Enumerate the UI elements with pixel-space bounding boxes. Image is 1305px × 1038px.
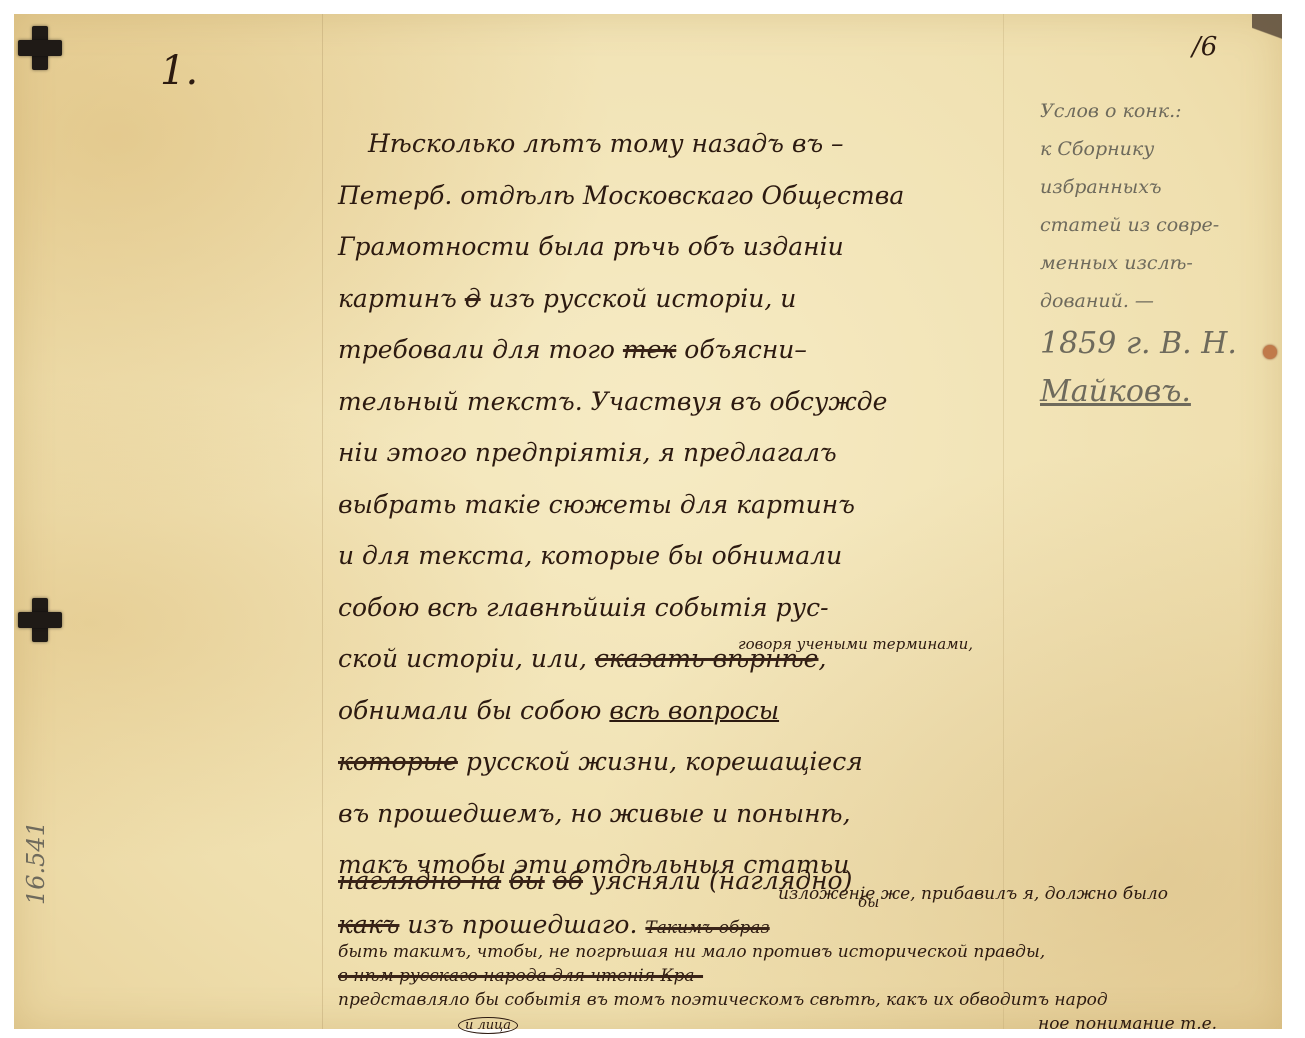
struck-line: в нѣм русскаго народа для чтенія Кра– bbox=[338, 966, 703, 986]
text-line: какъ изъ прошедшаго. Такимъ образ bbox=[338, 910, 770, 939]
line-text: Петерб. отдѣлѣ Московскаго Общества bbox=[338, 181, 904, 210]
line-text: русской жизни, корешащіеся bbox=[466, 747, 863, 776]
margin-rule bbox=[322, 14, 323, 1029]
line-text: Грамотности была рѣчь объ изданіи bbox=[338, 232, 844, 261]
text-line: представляло бы событія въ томъ поэтичес… bbox=[338, 990, 1108, 1010]
margin-note-date: 1859 г. В. Н. bbox=[1040, 320, 1280, 368]
margin-note-line: избранныхъ bbox=[1040, 168, 1280, 206]
text-line: обнимали бы собою всѣ вопросы bbox=[338, 685, 1038, 737]
margin-note-line: дований. — bbox=[1040, 282, 1280, 320]
circled-text: и лица bbox=[458, 1017, 518, 1034]
text-line: Нѣсколько лѣтъ тому назадъ въ – bbox=[338, 118, 1038, 170]
text-line: тельный текстъ. Участвуя въ обсужде bbox=[338, 376, 1038, 428]
binding-cross-icon bbox=[18, 26, 62, 70]
underlined-text: всѣ вопросы bbox=[609, 696, 779, 725]
text-line: Петерб. отдѣлѣ Московскаго Общества bbox=[338, 170, 1038, 222]
struck-text: в нѣм русскаго народа для чтенія Кра– bbox=[338, 966, 703, 986]
archive-number: 16.541 bbox=[22, 821, 50, 905]
interlinear-insert: говоря учеными терминами, bbox=[738, 619, 973, 671]
interlinear-insert: изложеніе же, прибавилъ я, должно было bbox=[778, 884, 1168, 904]
line-text: требовали для того bbox=[338, 335, 615, 364]
binding-cross-icon bbox=[18, 598, 62, 642]
page-number: 1. bbox=[160, 48, 198, 94]
folio-number: /6 bbox=[1192, 32, 1217, 62]
line-text: изъ русской исторіи, и bbox=[489, 284, 797, 313]
struck-text: Такимъ образ bbox=[645, 918, 769, 938]
line-text: выбрать такіе сюжеты для картинъ bbox=[338, 490, 855, 519]
text-line: картинъ д изъ русской исторіи, и bbox=[338, 273, 1038, 325]
text-line: выбрать такіе сюжеты для картинъ bbox=[338, 479, 1038, 531]
stamp-dot bbox=[1263, 345, 1277, 359]
text-line: требовали для того тек объясни– bbox=[338, 324, 1038, 376]
struck-text: об bbox=[553, 866, 583, 895]
margin-note-line: к Сборнику bbox=[1040, 130, 1280, 168]
line-text: ніи этого предпріятія, я предлагалъ bbox=[338, 438, 837, 467]
struck-text: д bbox=[465, 284, 481, 313]
struck-text: бы bbox=[509, 866, 545, 895]
line-text: обнимали бы собою bbox=[338, 696, 601, 725]
margin-note: Услов о конк.: к Сборнику избранныхъ ста… bbox=[1040, 92, 1280, 416]
text-line: и для текста, которые бы обнимали bbox=[338, 530, 1038, 582]
circled-insert: и лица bbox=[458, 1014, 518, 1033]
line-text: изъ прошедшаго. bbox=[407, 910, 637, 939]
main-text: Нѣсколько лѣтъ тому назадъ въ – Петерб. … bbox=[338, 118, 1038, 891]
line-text: въ прошедшемъ, но живые и понынѣ, bbox=[338, 799, 851, 828]
text-line: ное понимание т.е. bbox=[1038, 1014, 1217, 1034]
line-text: ской исторіи, или, bbox=[338, 644, 587, 673]
line-text: собою всѣ главнѣйшія событія рус- bbox=[338, 593, 829, 622]
margin-note-signature: Майковъ. bbox=[1040, 368, 1280, 416]
struck-text: которые bbox=[338, 747, 458, 776]
text-line: быть такимъ, чтобы, не погрѣшая ни мало … bbox=[338, 942, 1045, 962]
text-line: говоря учеными терминами, ской исторіи, … bbox=[338, 633, 1038, 685]
struck-text: какъ bbox=[338, 910, 399, 939]
text-line: наглядно на бы об уясняли (наглядно) bbox=[338, 866, 852, 895]
line-text: и для текста, которые бы обнимали bbox=[338, 541, 842, 570]
text-line: Грамотности была рѣчь объ изданіи bbox=[338, 221, 1038, 273]
text-line: въ прошедшемъ, но живые и понынѣ, bbox=[338, 788, 1038, 840]
struck-text: наглядно на bbox=[338, 866, 501, 895]
line-text: объясни– bbox=[684, 335, 807, 364]
line-text: картинъ bbox=[338, 284, 457, 313]
struck-text: тек bbox=[623, 335, 676, 364]
margin-note-line: Услов о конк.: bbox=[1040, 92, 1280, 130]
text-line: которые русской жизни, корешащіеся bbox=[338, 736, 1038, 788]
line-text: тельный текстъ. Участвуя въ обсужде bbox=[338, 387, 887, 416]
margin-note-line: статей из совре- bbox=[1040, 206, 1280, 244]
line-text: Нѣсколько лѣтъ тому назадъ въ – bbox=[368, 129, 844, 158]
margin-note-line: менных изслѣ- bbox=[1040, 244, 1280, 282]
text-line: ніи этого предпріятія, я предлагалъ bbox=[338, 427, 1038, 479]
